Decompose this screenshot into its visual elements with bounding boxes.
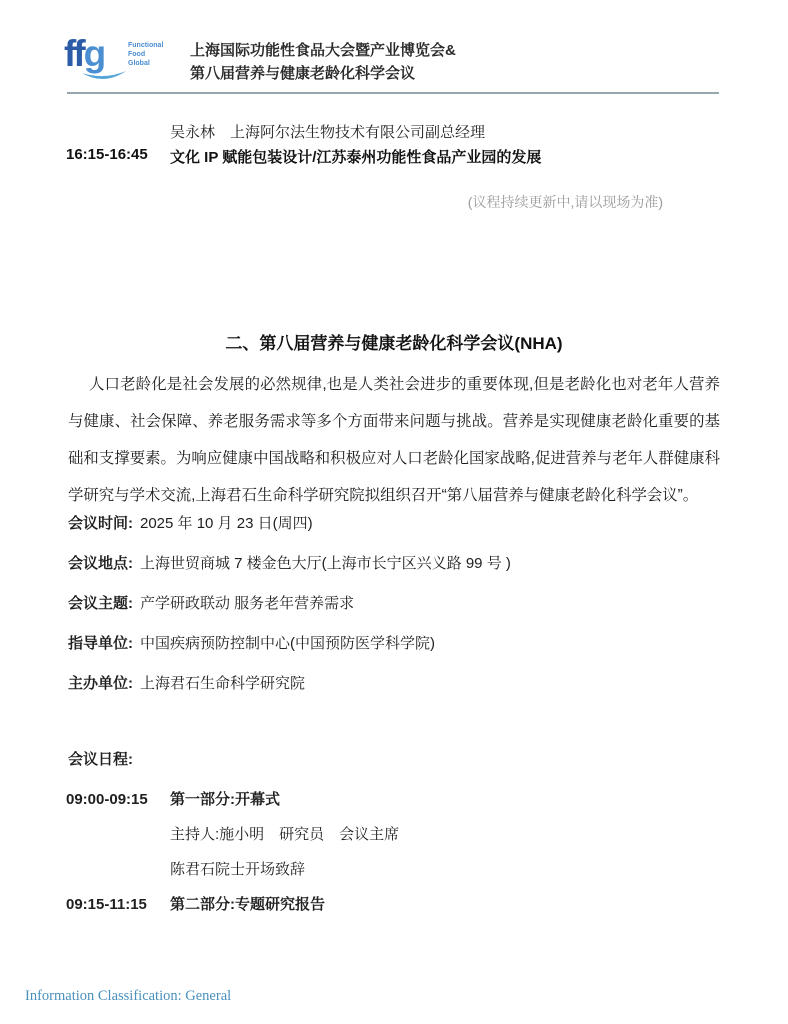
schedule-list: 09:00-09:15 第一部分:开幕式 主持人:施小明 研究员 会议主席 陈君… [66,789,399,929]
schedule-text: 陈君石院士开场致辞 [170,859,305,880]
info-value: 上海世贸商城 7 楼金色大厅(上海市长宁区兴义路 99 号 ) [140,555,511,572]
section-heading: 二、第八届营养与健康老龄化科学会议(NHA) [0,329,788,354]
info-row-time: 会议时间:2025 年 10 月 23 日(周四) [68,514,511,533]
schedule-row-opening: 09:00-09:15 第一部分:开幕式 [66,789,399,810]
schedule-time [66,859,170,880]
conference-title-line1: 上海国际功能性食品大会暨产业博览会& [190,39,456,62]
agenda-update-note: (议程持续更新中,请以现场为准) [0,192,663,212]
info-value: 产学研政联动 服务老年营养需求 [140,595,354,612]
info-row-host-unit: 主办单位:上海君石生命科学研究院 [68,674,511,693]
session-time: 16:15-16:45 [66,146,170,167]
info-label: 会议地点: [68,555,133,572]
conference-title-line2: 第八届营养与健康老龄化科学会议 [190,62,456,85]
logo-ff-text: ff [64,36,83,72]
info-row-guidance-unit: 指导单位:中国疾病预防控制中心(中国预防医学科学院) [68,634,511,653]
schedule-text: 第一部分:开幕式 [170,789,280,810]
logo-tagline-line3: Global [128,59,163,68]
info-label: 会议主题: [68,595,133,612]
meeting-info-list: 会议时间:2025 年 10 月 23 日(周四) 会议地点:上海世贸商城 7 … [68,514,511,714]
logo-tagline: Functional Food Global [128,41,163,68]
logo-tagline-line1: Functional [128,41,163,50]
schedule-time: 09:15-11:15 [66,894,170,915]
schedule-row-welcome-speech: 陈君石院士开场致辞 [66,859,399,880]
logo-swoosh-icon [80,70,128,84]
logo-tagline-line2: Food [128,50,163,59]
info-label: 会议时间: [68,515,133,532]
page-header: ff g Functional Food Global 上海国际功能性食品大会暨… [64,36,456,88]
ffg-logo: ff g Functional Food Global [64,36,176,88]
schedule-text: 第二部分:专题研究报告 [170,894,325,915]
schedule-row-host: 主持人:施小明 研究员 会议主席 [66,824,399,845]
document-page: ff g Functional Food Global 上海国际功能性食品大会暨… [0,0,788,1024]
info-label: 主办单位: [68,675,133,692]
schedule-text: 主持人:施小明 研究员 会议主席 [170,824,399,845]
schedule-row-reports: 09:15-11:15 第二部分:专题研究报告 [66,894,399,915]
session-title: 文化 IP 赋能包装设计/江苏泰州功能性食品产业园的发展 [170,146,541,167]
classification-footer: Information Classification: General [25,988,231,1005]
schedule-time [66,824,170,845]
info-value: 上海君石生命科学研究院 [140,675,305,692]
info-label: 指导单位: [68,635,133,652]
info-value: 2025 年 10 月 23 日(周四) [140,515,313,532]
header-divider [67,92,719,94]
schedule-time: 09:00-09:15 [66,789,170,810]
conference-title: 上海国际功能性食品大会暨产业博览会& 第八届营养与健康老龄化科学会议 [190,36,456,85]
info-value: 中国疾病预防控制中心(中国预防医学科学院) [140,635,435,652]
speaker-line: 吴永林 上海阿尔法生物技术有限公司副总经理 [170,121,485,142]
session-line: 16:15-16:45 文化 IP 赋能包装设计/江苏泰州功能性食品产业园的发展 [66,146,541,167]
schedule-heading: 会议日程: [68,748,133,769]
info-row-location: 会议地点:上海世贸商城 7 楼金色大厅(上海市长宁区兴义路 99 号 ) [68,554,511,573]
section-intro-paragraph: 人口老龄化是社会发展的必然规律,也是人类社会进步的重要体现,但是老龄化也对老年人… [68,366,720,514]
info-row-theme: 会议主题:产学研政联动 服务老年营养需求 [68,594,511,613]
logo-g-text: g [84,36,107,72]
